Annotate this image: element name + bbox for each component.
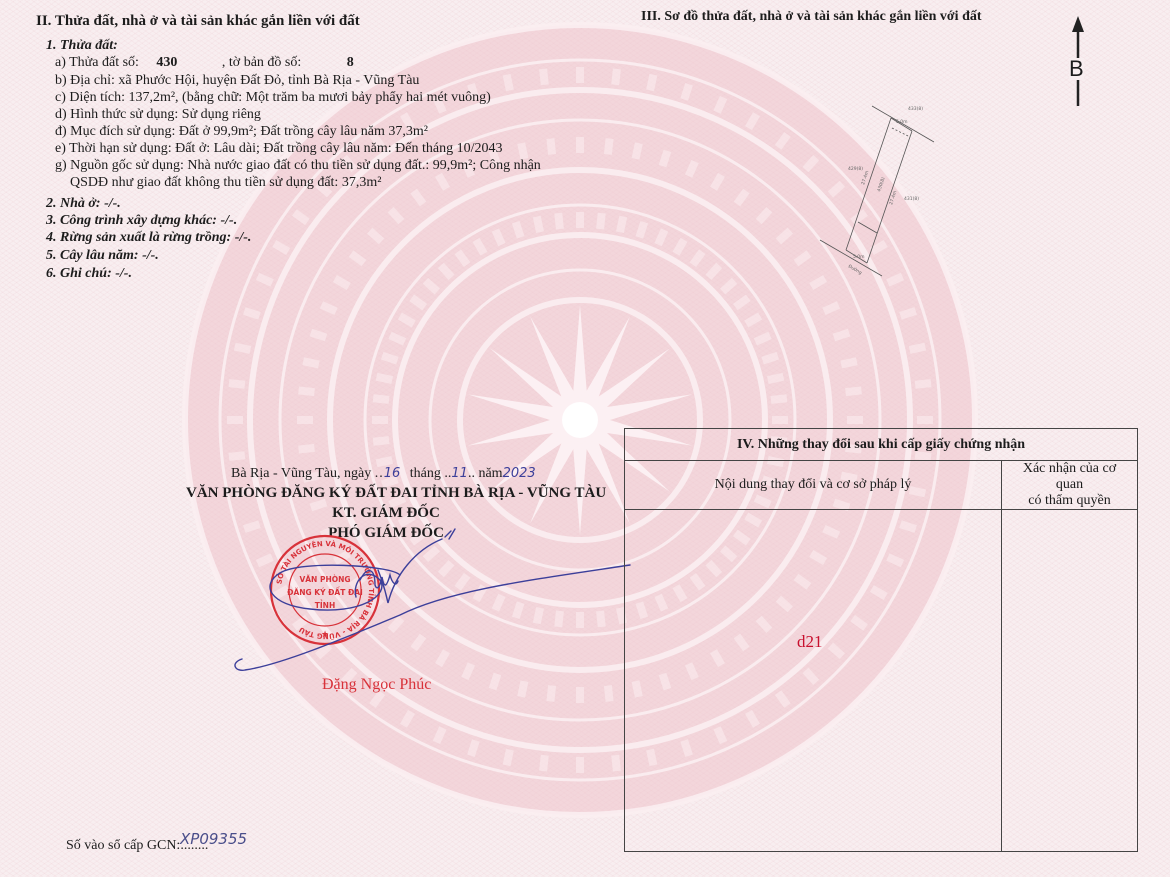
plot-label-left-neighbor: 429(8): [848, 166, 863, 172]
plot-label-top-width: 5.0m: [896, 119, 908, 125]
signer-name: Đặng Ngọc Phúc: [322, 676, 431, 694]
parcel-number: 430: [156, 55, 218, 71]
north-label: B: [1069, 58, 1084, 80]
perennial-trees-item: 5. Cây lâu năm: -/-.: [46, 248, 159, 264]
usage-origin: g) Nguồn gốc sử dụng: Nhà nước giao đất …: [55, 158, 541, 174]
notes-item: 6. Ghi chú: -/-.: [46, 266, 132, 282]
authority-header-line1: Xác nhận của cơ quan: [1023, 461, 1116, 492]
year-label: năm: [478, 466, 502, 481]
handwritten-code-mark: d21: [797, 632, 823, 652]
other-construction-item: 3. Công trình xây dựng khác: -/-.: [46, 213, 237, 229]
plot-label-right-length: 27.4m: [888, 190, 898, 206]
changes-table: IV. Những thay đổi sau khi cấp giấy chứn…: [624, 428, 1138, 852]
map-sheet-label: , tờ bản đồ số:: [222, 55, 301, 70]
usage-origin-cont: QSDĐ như giao đất không thu tiền sử dụng…: [70, 175, 381, 191]
signer-role-1: KT. GIÁM ĐỐC: [186, 505, 586, 522]
address: b) Địa chỉ: xã Phước Hội, huyện Đất Đỏ, …: [55, 73, 419, 89]
issue-month: 11: [451, 466, 468, 481]
registry-number: XP09355: [180, 830, 247, 848]
section3-title: III. Sơ đồ thửa đất, nhà ở và tài sản kh…: [641, 9, 982, 25]
usage-form: d) Hình thức sử dụng: Sử dụng riêng: [55, 107, 261, 123]
land-heading: 1. Thửa đất:: [46, 38, 118, 54]
map-sheet-number: 8: [347, 55, 354, 70]
date-prefix: Bà Rịa - Vũng Tàu, ngày: [231, 466, 371, 481]
parcel-number-label: a) Thửa đất số:: [55, 55, 139, 70]
plot-label-top-neighbor: 433(8): [908, 106, 923, 112]
usage-term: e) Thời hạn sử dụng: Đất ở: Lâu dài; Đất…: [55, 141, 502, 157]
house-item: 2. Nhà ở: -/-.: [46, 196, 121, 212]
changes-authority-cell[interactable]: [1002, 510, 1138, 852]
area: c) Diện tích: 137,2m², (bằng chữ: Một tr…: [55, 90, 491, 106]
changes-table-title: IV. Những thay đổi sau khi cấp giấy chứn…: [625, 429, 1138, 461]
parcel-number-row: a) Thửa đất số: 430 , tờ bản đồ số: 8: [55, 55, 354, 71]
issue-date: Bà Rịa - Vũng Tàu, ngày ..16 tháng ..11.…: [231, 466, 536, 482]
changes-content-cell[interactable]: d21: [625, 510, 1002, 852]
parcel-sketch: 433(8) 5.0m 429(8) 431(8) 27.4m 27.4m 43…: [810, 100, 960, 300]
planted-forest-item: 4. Rừng sản xuất là rừng trồng: -/-.: [46, 230, 251, 246]
authority-header-line2: có thẩm quyền: [1028, 493, 1110, 508]
handwritten-signature: [230, 525, 650, 685]
north-arrow: B: [1068, 14, 1088, 114]
registry-label: Số vào sổ cấp GCN:: [66, 838, 180, 853]
section2-title: II. Thửa đất, nhà ở và tài sản khác gắn …: [36, 13, 360, 30]
plot-label-road: Đường: [847, 263, 863, 277]
plot-label-parcel: 430(8): [876, 176, 886, 192]
issue-day: 16: [384, 466, 401, 481]
changes-col-authority-header: Xác nhận của cơ quan có thẩm quyền: [1002, 461, 1138, 510]
plot-label-bottom-width: 5.0m: [853, 254, 865, 260]
issuing-office: VĂN PHÒNG ĐĂNG KÝ ĐẤT ĐAI TỈNH BÀ RỊA - …: [186, 485, 586, 502]
changes-col-content-header: Nội dung thay đổi và cơ sở pháp lý: [625, 461, 1002, 510]
month-label: tháng: [410, 466, 441, 481]
usage-purpose: đ) Mục đích sử dụng: Đất ở 99,9m²; Đất t…: [55, 124, 428, 140]
issue-year: 2023: [503, 466, 536, 481]
plot-label-right-neighbor: 431(8): [904, 196, 919, 202]
